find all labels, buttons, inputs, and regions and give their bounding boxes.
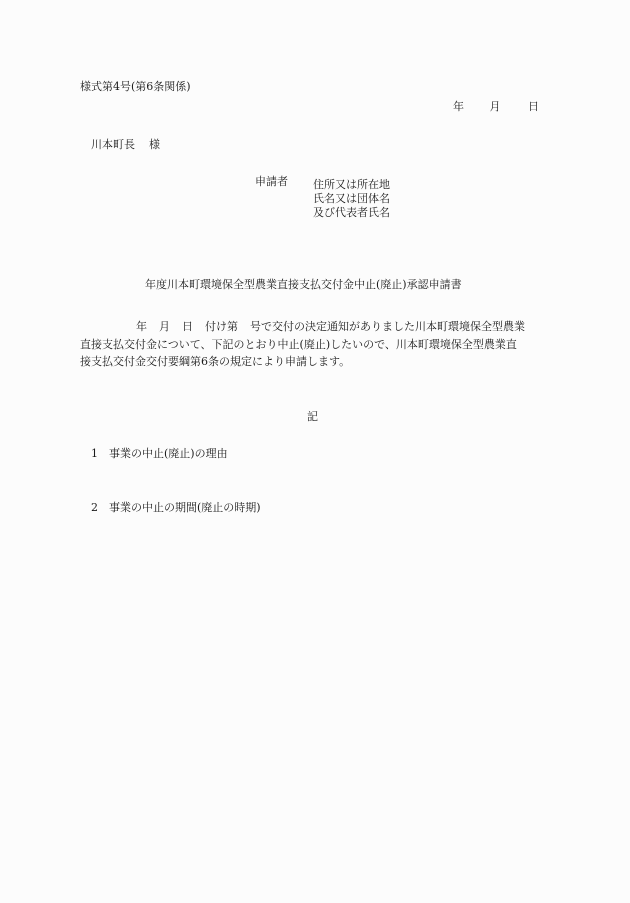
form-number: 様式第4号(第6条関係) xyxy=(80,81,191,92)
date-day-label: 日 xyxy=(528,101,539,112)
item-2: 2事業の中止の期間(廃止の時期) xyxy=(91,502,261,513)
document-title: 年度川本町環境保全型農業直接支払交付金中止(廃止)承認申請書 xyxy=(145,279,462,290)
date-line: 年 月 日 xyxy=(453,101,539,112)
body-line-3: 接支払交付金交付要綱第6条の規定により申請します。 xyxy=(80,353,560,371)
item-number: 1 xyxy=(91,448,109,459)
body-line-2: 直接支払交付金について、下記のとおり中止(廃止)したいので、川本町環境保全型農業… xyxy=(80,336,560,354)
date-month-label: 月 xyxy=(490,101,501,112)
item-label: 事業の中止の期間(廃止の時期) xyxy=(109,501,261,514)
addressee: 川本町長様 xyxy=(91,139,160,150)
addressee-name: 川本町長 xyxy=(91,138,135,151)
body-year-label: 年 xyxy=(136,320,147,333)
item-number: 2 xyxy=(91,502,109,513)
body-ref-label: 付け第 xyxy=(205,320,238,333)
addressee-honorific: 様 xyxy=(149,138,160,151)
body-line-1: 年月日付け第号で交付の決定通知がありました川本町環境保全型農業 xyxy=(80,318,560,336)
applicant-label: 申請者 xyxy=(255,176,288,187)
body-line-1-text: 号で交付の決定通知がありました川本町環境保全型農業 xyxy=(250,320,525,333)
body-day-label: 日 xyxy=(182,320,193,333)
body-month-label: 月 xyxy=(159,320,170,333)
applicant-fields: 住所又は所在地 氏名又は団体名 及び代表者氏名 xyxy=(313,176,390,221)
body-paragraph: 年月日付け第号で交付の決定通知がありました川本町環境保全型農業 直接支払交付金に… xyxy=(80,318,560,371)
applicant-field-representative: 及び代表者氏名 xyxy=(313,204,390,221)
note-heading: 記 xyxy=(307,411,318,422)
date-year-label: 年 xyxy=(453,101,464,112)
item-1: 1事業の中止(廃止)の理由 xyxy=(91,448,228,459)
item-label: 事業の中止(廃止)の理由 xyxy=(109,447,228,460)
